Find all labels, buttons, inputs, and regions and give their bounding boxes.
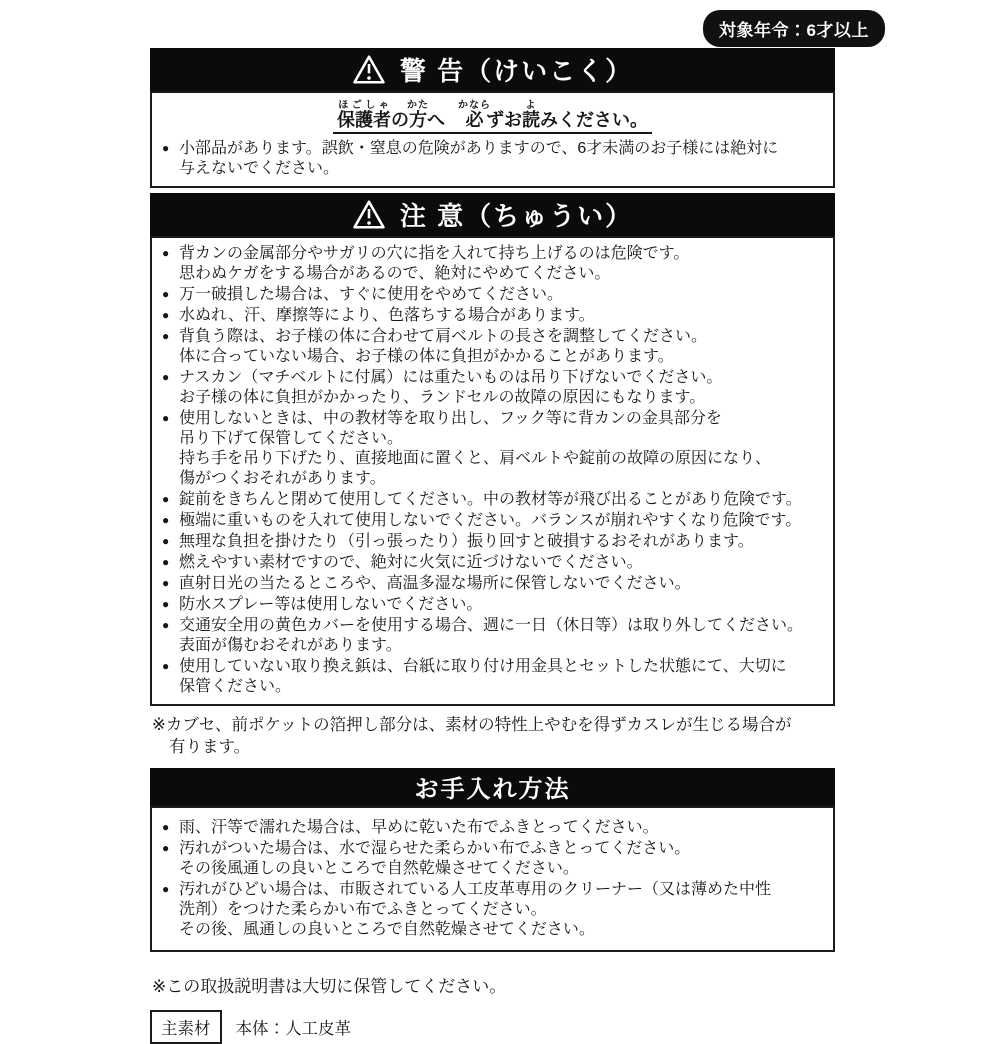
bullet-line: ●極端に重いものを入れて使用しないでください。バランスが崩れやすくなり危険です。	[162, 510, 823, 531]
bullet-line: 持ち手を吊り下げたり、直接地面に置くと、肩ベルトや錠前の故障の原因になり、	[162, 449, 823, 469]
bullet-line: お子様の体に負担がかかったり、ランドセルの故障の原因にもなります。	[162, 388, 823, 408]
foil-stamp-note: ※カブセ、前ポケットの箔押し部分は、素材の特性上やむを得ずカスレが生じる場合が有…	[152, 714, 835, 758]
bullet-line: ●雨、汗等で濡れた場合は、早めに乾いた布でふきとってください。	[162, 817, 823, 838]
bullet-icon: ●	[162, 531, 179, 551]
note-line: 有ります。	[152, 736, 835, 758]
bullet-line: ●ナスカン（マチベルトに付属）には重たいものは吊り下げないでください。	[162, 367, 823, 388]
care-box: ●雨、汗等で濡れた場合は、早めに乾いた布でふきとってください。●汚れがついた場合…	[150, 806, 835, 952]
manual-storage-note: ※この取扱説明書は大切に保管してください。	[152, 972, 835, 997]
bullet-line: ●無理な負担を掛けたり（引っ張ったり）振り回すと破損するおそれがあります。	[162, 531, 823, 552]
bullet-icon: ●	[162, 326, 179, 346]
bullet-line: 洗剤）をつけた柔らかい布でふきとってください。	[162, 900, 823, 920]
bullet-line: ●直射日光の当たるところや、高温多湿な場所に保管しないでください。	[162, 573, 823, 594]
bullet-line: その後風通しの良いところで自然乾燥させてください。	[162, 859, 823, 879]
bullet-icon: ●	[162, 838, 179, 858]
caution-box: ●背カンの金属部分やサガリの穴に指を入れて持ち上げるのは危険です。思わぬケガをす…	[150, 236, 835, 706]
bullet-line: ●燃えやすい素材ですので、絶対に火気に近づけないでください。	[162, 552, 823, 573]
bullet-line: 傷がつくおそれがあります。	[162, 469, 823, 489]
bullet-icon: ●	[162, 408, 179, 428]
bullet-line: ●小部品があります。誤飲・窒息の危険がありますので、6才未満のお子様には絶対に	[162, 138, 823, 159]
caution-bullet-list: ●背カンの金属部分やサガリの穴に指を入れて持ち上げるのは危険です。思わぬケガをす…	[162, 243, 823, 697]
warning-title: 警 告（けいこく）	[400, 51, 633, 88]
material-value: 本体：人工皮革	[236, 1015, 352, 1039]
age-badge: 対象年令：6才以上	[703, 10, 885, 47]
bullet-line: ●万一破損した場合は、すぐに使用をやめてください。	[162, 284, 823, 305]
warning-triangle-icon	[352, 54, 386, 85]
warning-bullet-list: ●小部品があります。誤飲・窒息の危険がありますので、6才未満のお子様には絶対に与…	[162, 138, 823, 179]
bullet-line: ●防水スプレー等は使用しないでください。	[162, 594, 823, 615]
note-line: ※カブセ、前ポケットの箔押し部分は、素材の特性上やむを得ずカスレが生じる場合が	[152, 714, 835, 736]
bullet-icon: ●	[162, 656, 179, 676]
bullet-line: ●交通安全用の黄色カバーを使用する場合、週に一日（休日等）は取り外してください。	[162, 615, 823, 636]
bullet-line: ●背カンの金属部分やサガリの穴に指を入れて持ち上げるのは危険です。	[162, 243, 823, 264]
bullet-icon: ●	[162, 817, 179, 837]
care-bullet-list: ●雨、汗等で濡れた場合は、早めに乾いた布でふきとってください。●汚れがついた場合…	[162, 817, 823, 940]
bullet-line: ●背負う際は、お子様の体に合わせて肩ベルトの長さを調整してください。	[162, 326, 823, 347]
material-row: 主素材 本体：人工皮革	[150, 1010, 835, 1044]
bullet-line: ●水ぬれ、汗、摩擦等により、色落ちする場合があります。	[162, 305, 823, 326]
bullet-icon: ●	[162, 594, 179, 614]
bullet-line: 与えないでください。	[162, 159, 823, 179]
bullet-line: その後、風通しの良いところで自然乾燥させてください。	[162, 920, 823, 940]
instruction-sheet: 警 告（けいこく） 保護者ほごしゃの方かたへ 必かならずお読よみください。 ●小…	[150, 48, 835, 1044]
caution-triangle-icon	[352, 199, 386, 230]
bullet-line: ●使用しないときは、中の教材等を取り出し、フック等に背カンの金具部分を	[162, 408, 823, 429]
bullet-icon: ●	[162, 284, 179, 304]
bullet-line: ●汚れがついた場合は、水で湿らせた柔らかい布でふきとってください。	[162, 838, 823, 859]
bullet-line: 表面が傷むおそれがあります。	[162, 636, 823, 656]
bullet-icon: ●	[162, 305, 179, 325]
bullet-line: 吊り下げて保管してください。	[162, 429, 823, 449]
caution-header-bar: 注 意（ちゅうい）	[150, 193, 835, 236]
care-header-bar: お手入れ方法	[150, 768, 835, 806]
material-label-box: 主素材	[150, 1010, 222, 1044]
care-title: お手入れ方法	[415, 769, 571, 804]
bullet-icon: ●	[162, 573, 179, 593]
bullet-icon: ●	[162, 367, 179, 387]
bullet-line: ●汚れがひどい場合は、市販されている人工皮革専用のクリーナー（又は薄めた中性	[162, 879, 823, 900]
bullet-icon: ●	[162, 510, 179, 530]
guardian-notice: 保護者ほごしゃの方かたへ 必かならずお読よみください。	[162, 100, 823, 134]
bullet-line: ●使用していない取り換え鋲は、台紙に取り付け用金具とセットした状態にて、大切に	[162, 656, 823, 677]
bullet-line: 保管ください。	[162, 677, 823, 697]
bullet-icon: ●	[162, 879, 179, 899]
bullet-icon: ●	[162, 243, 179, 263]
warning-box: 保護者ほごしゃの方かたへ 必かならずお読よみください。 ●小部品があります。誤飲…	[150, 91, 835, 188]
caution-title: 注 意（ちゅうい）	[400, 196, 633, 233]
bullet-icon: ●	[162, 138, 179, 158]
guardian-notice-text: 保護者ほごしゃの方かたへ 必かならずお読よみください。	[333, 100, 652, 134]
bullet-line: 体に合っていない場合、お子様の体に負担がかかることがあります。	[162, 347, 823, 367]
bullet-icon: ●	[162, 552, 179, 572]
warning-header-bar: 警 告（けいこく）	[150, 48, 835, 91]
bullet-icon: ●	[162, 615, 179, 635]
bullet-icon: ●	[162, 489, 179, 509]
bullet-line: ●錠前をきちんと閉めて使用してください。中の教材等が飛び出ることがあり危険です。	[162, 489, 823, 510]
bullet-line: 思わぬケガをする場合があるので、絶対にやめてください。	[162, 264, 823, 284]
